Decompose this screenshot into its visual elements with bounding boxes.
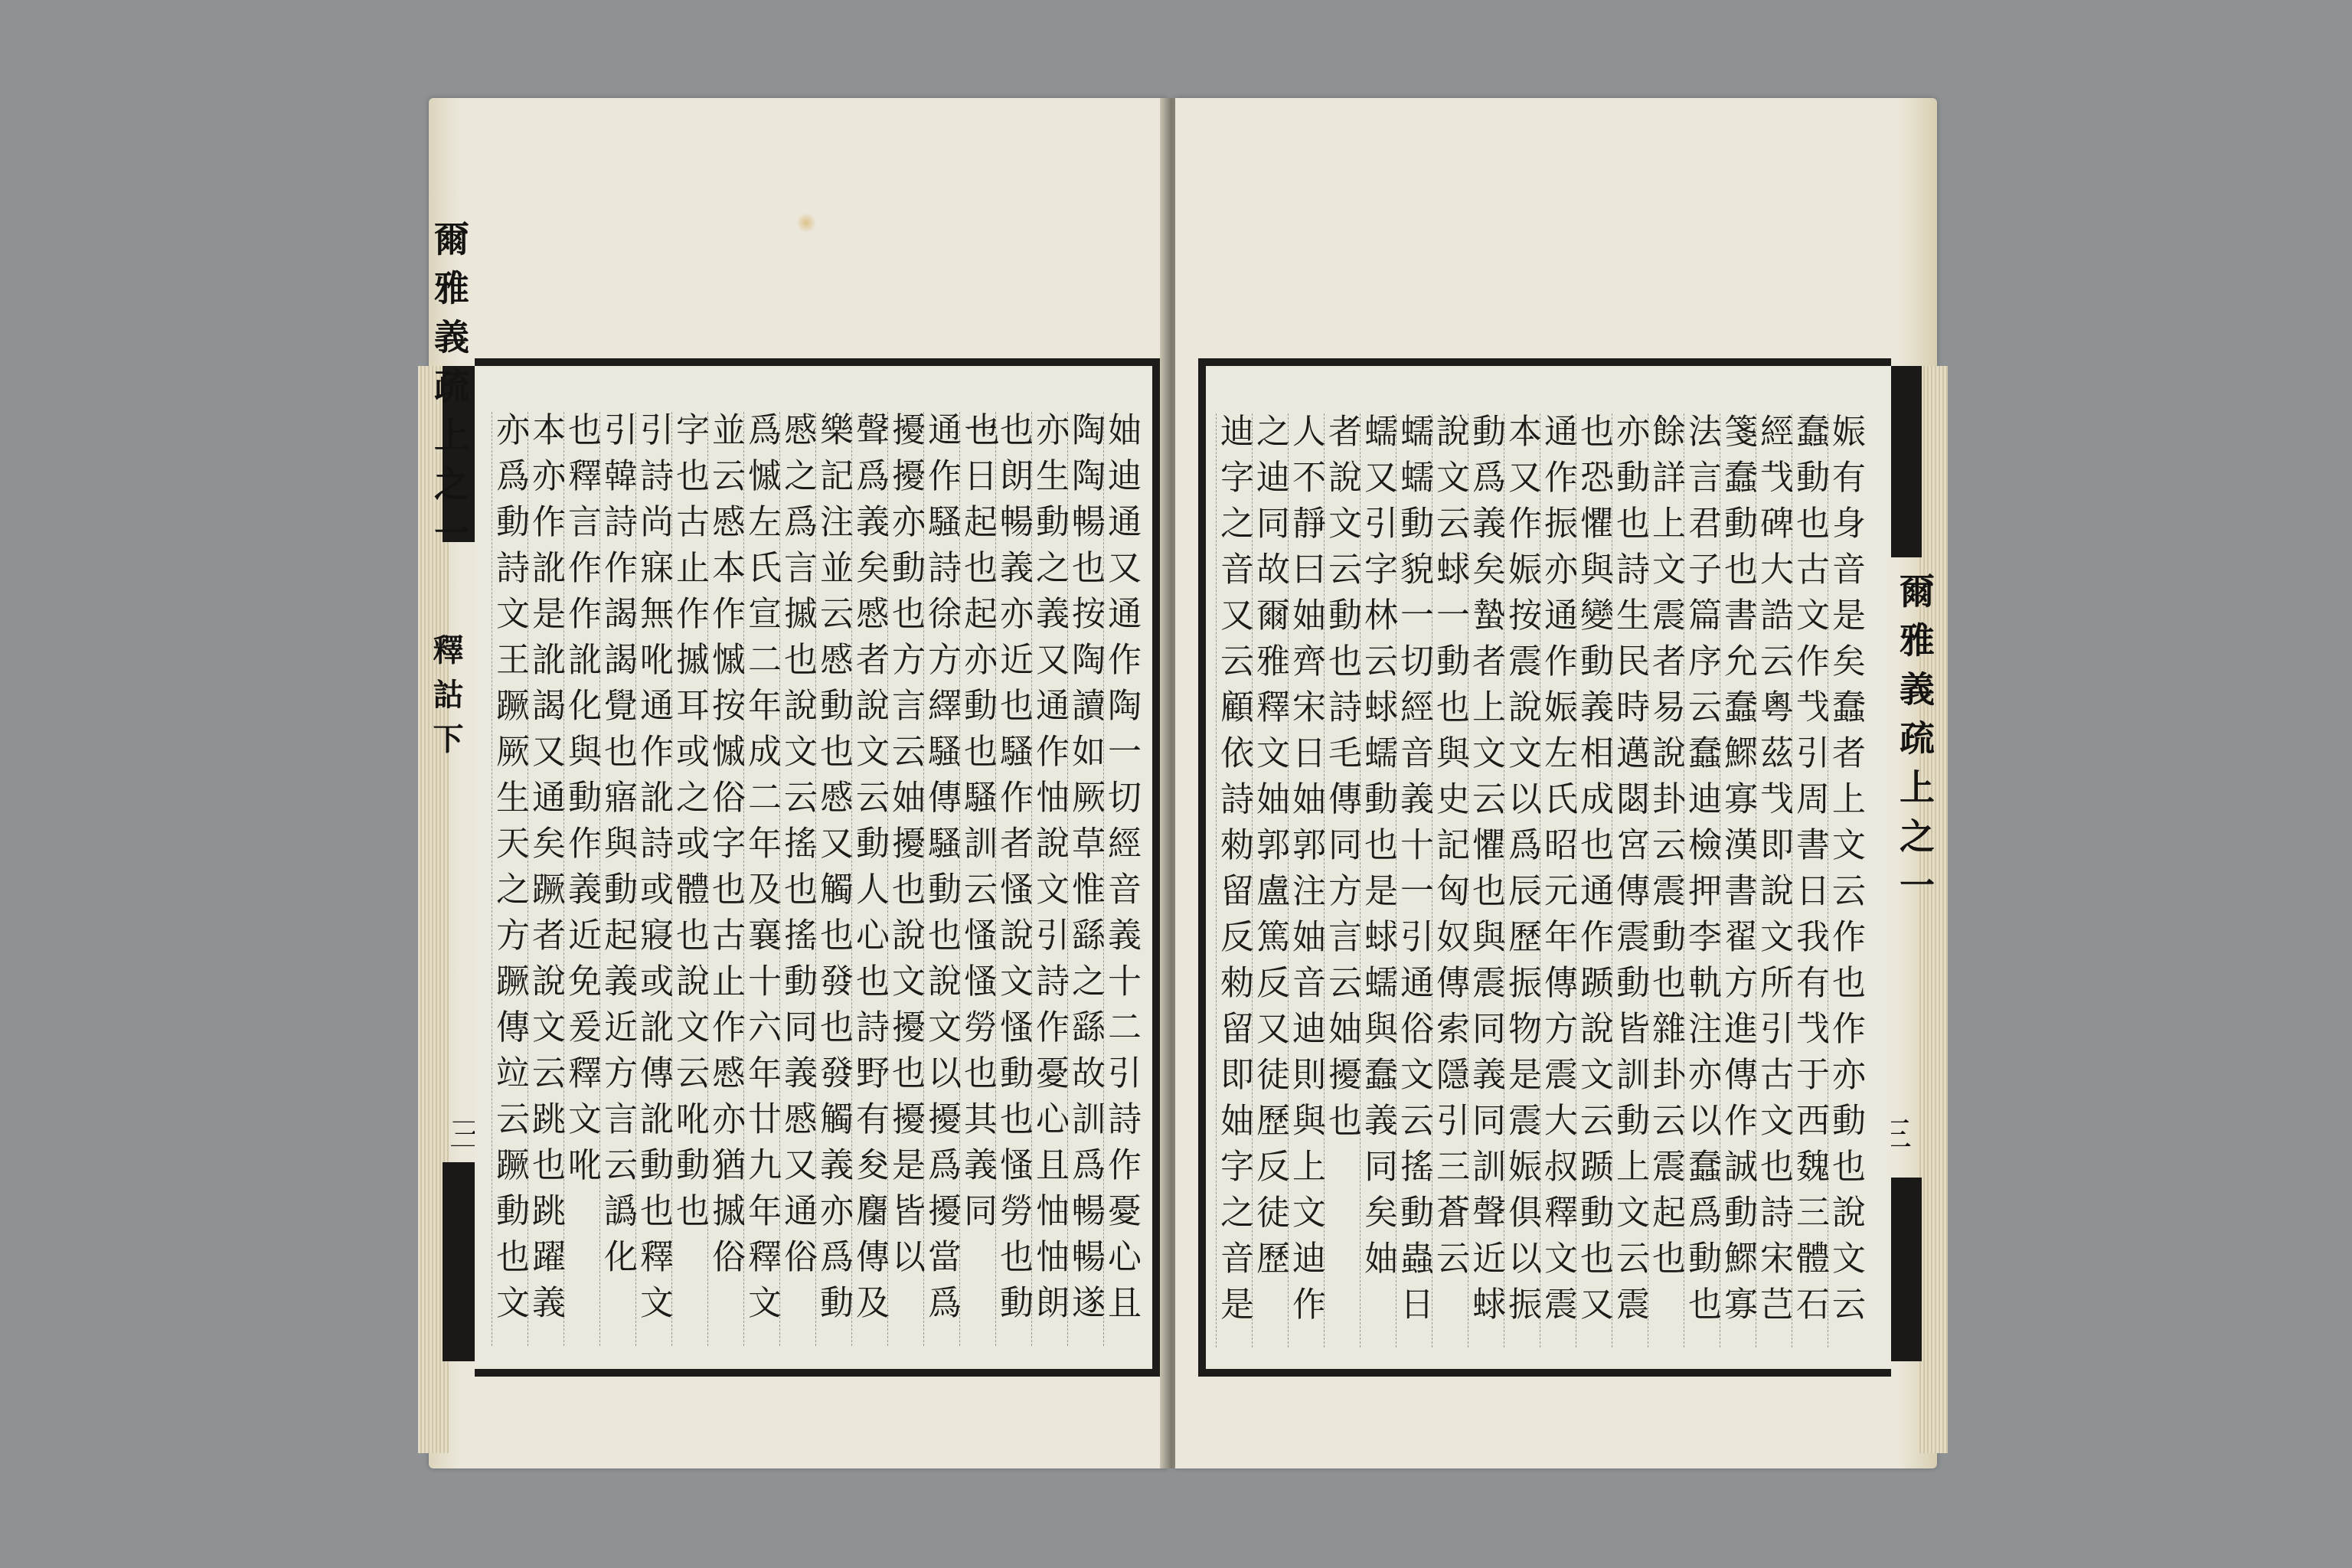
text-column: 慼之爲言摵也說文云搖也搖動同義慼又通俗 xyxy=(779,412,814,1346)
text-frame: 妯迪通又通作陶一切經音義十二引詩作憂心且 陶陶暢也按陶讀如厥草惟繇之繇故訓爲暢暢… xyxy=(475,358,1160,1377)
text-column: 法言君子篇序云蠢迪檢押李軌注亦以蠢爲動也 xyxy=(1684,413,1718,1347)
text-column: 蠢動也古文作𢦏引周書日我有𢦏于西魏三體石 xyxy=(1792,413,1826,1347)
text-column: 箋蠢動也書允蠢鰥寡漢書翟方進傳作誠動鰥寡 xyxy=(1720,413,1754,1347)
text-columns: 妯迪通又通作陶一切經音義十二引詩作憂心且 陶陶暢也按陶讀如厥草惟繇之繇故訓爲暢暢… xyxy=(491,412,1138,1346)
text-frame: 娠有身音是矣蠢者上文云作也作亦動也說文云 蠢動也古文作𢦏引周書日我有𢦏于西魏三體… xyxy=(1198,358,1891,1377)
text-column: 蠕蠕動貌一切經音義十一引通俗文云搖動蟲日 xyxy=(1396,413,1430,1347)
black-fishtail-bottom xyxy=(443,1162,479,1361)
text-column: 餘詳上文震者易說卦云震動也雜卦云震起也 xyxy=(1648,413,1682,1347)
text-column: 通作騷詩徐方繹騷傳騷動也說文以擾爲擾當爲 xyxy=(923,412,958,1346)
text-column: 蠕又引字林云蛷蠕動也是蛷蠕與蠢義同矣妯 xyxy=(1360,413,1394,1347)
text-column: 爲慽左氏宣二年成二年及襄十六年廿九年釋文 xyxy=(743,412,778,1346)
text-column: 通作振亦通作娠左氏昭元年傳方震大叔釋文震 xyxy=(1540,413,1574,1347)
text-column: 聲爲義矣慼者說文云動人心也詩野有夋麕傳及 xyxy=(851,412,886,1346)
text-column: 經𢦏碑大誥云粵茲𢦏即說文所引古文也詩宋芑 xyxy=(1756,413,1790,1347)
text-column: 擾擾亦動也方言云妯擾也說文擾也擾是皆以 xyxy=(887,412,922,1346)
paper-stain xyxy=(796,213,816,233)
text-column: 亦動也詩生民時邁閟宮傳震動皆訓動上文云震 xyxy=(1612,413,1646,1347)
text-column: 陶陶暢也按陶讀如厥草惟繇之繇故訓爲暢暢遂 xyxy=(1067,412,1102,1346)
text-column: 並云慼本作慽按慽俗字也古止作慼亦猶摵俗 xyxy=(707,412,742,1346)
text-column: 一日起也起亦動也騷訓云慅慅勞也其義同 xyxy=(959,412,994,1346)
left-page: 爾雅義疏上之一 釋詁下 三 妯迪通又通作陶一切經音義十二引詩作憂心且 陶陶暢也按… xyxy=(429,98,1168,1468)
text-column: 引韓詩作謁謁覺也寤與動起義近方言云譌化 xyxy=(599,412,634,1346)
text-column: 動爲義矣蟄者上文云懼也與震同義同訓聲近蛷 xyxy=(1468,413,1502,1347)
text-columns: 娠有身音是矣蠢者上文云作也作亦動也說文云 蠢動也古文作𢦏引周書日我有𢦏于西魏三體… xyxy=(1215,413,1863,1347)
text-column: 也朗暢義亦近也騷作者慅說文慅動也慅勞也動也 xyxy=(995,412,1030,1346)
text-column: 人不靜曰妯齊宋日妯郭注妯音迪則與上文迪作 xyxy=(1288,413,1322,1347)
section-title: 釋詁下 xyxy=(424,634,468,767)
text-column: 引詩尚寐無吪通作訛詩或寢或訛傳訛動也釋文 xyxy=(635,412,670,1346)
open-book: 爾雅義疏上之一 釋詁下 三 妯迪通又通作陶一切經音義十二引詩作憂心且 陶陶暢也按… xyxy=(429,98,1937,1476)
text-column: 字也古止作摵耳或之或體也說文云吪動也 xyxy=(671,412,706,1346)
text-column: 本又作娠按震說文以爲辰歷振物是震娠俱以振 xyxy=(1504,413,1538,1347)
margin-title: 爾雅義疏上之一 xyxy=(424,220,475,563)
margin-title: 爾雅義疏上之一 xyxy=(1890,573,1940,916)
text-column: 之迪同故爾雅釋文妯郭盧篤反又徒歷反徒歷 xyxy=(1252,413,1286,1347)
text-column: 樂記注並云慼動也慼又觸也發也發觸義亦爲動 xyxy=(815,412,850,1346)
text-column: 也釋言作作訛化與動作義近免爰釋文吪 xyxy=(563,412,598,1346)
text-column: 亦爲動詩文王蹶厥生天之方蹶傳竝云蹶動也文 xyxy=(492,412,526,1346)
text-column: 妯迪通又通作陶一切經音義十二引詩作憂心且 xyxy=(1103,412,1138,1346)
text-column: 者說文云動也詩毛傳同方言云妯擾也 xyxy=(1324,413,1358,1347)
text-column: 迪字之音又云顧依詩勑留反勑留即妯字之音是 xyxy=(1216,413,1250,1347)
text-column: 本亦作訛是訛謁又通矣蹶者說文云跳也跳躍義 xyxy=(528,412,562,1346)
text-column: 也恐懼與變動義相成也通作踬說文云踬動也又 xyxy=(1576,413,1610,1347)
text-column: 娠有身音是矣蠢者上文云作也作亦動也說文云 xyxy=(1828,413,1862,1347)
text-column: 說文云蛷一動也與史記匈奴傳索隱引三蒼云 xyxy=(1432,413,1466,1347)
text-column: 亦生動之義又通作怞說文引詩作憂心且怞怞朗 xyxy=(1031,412,1066,1346)
